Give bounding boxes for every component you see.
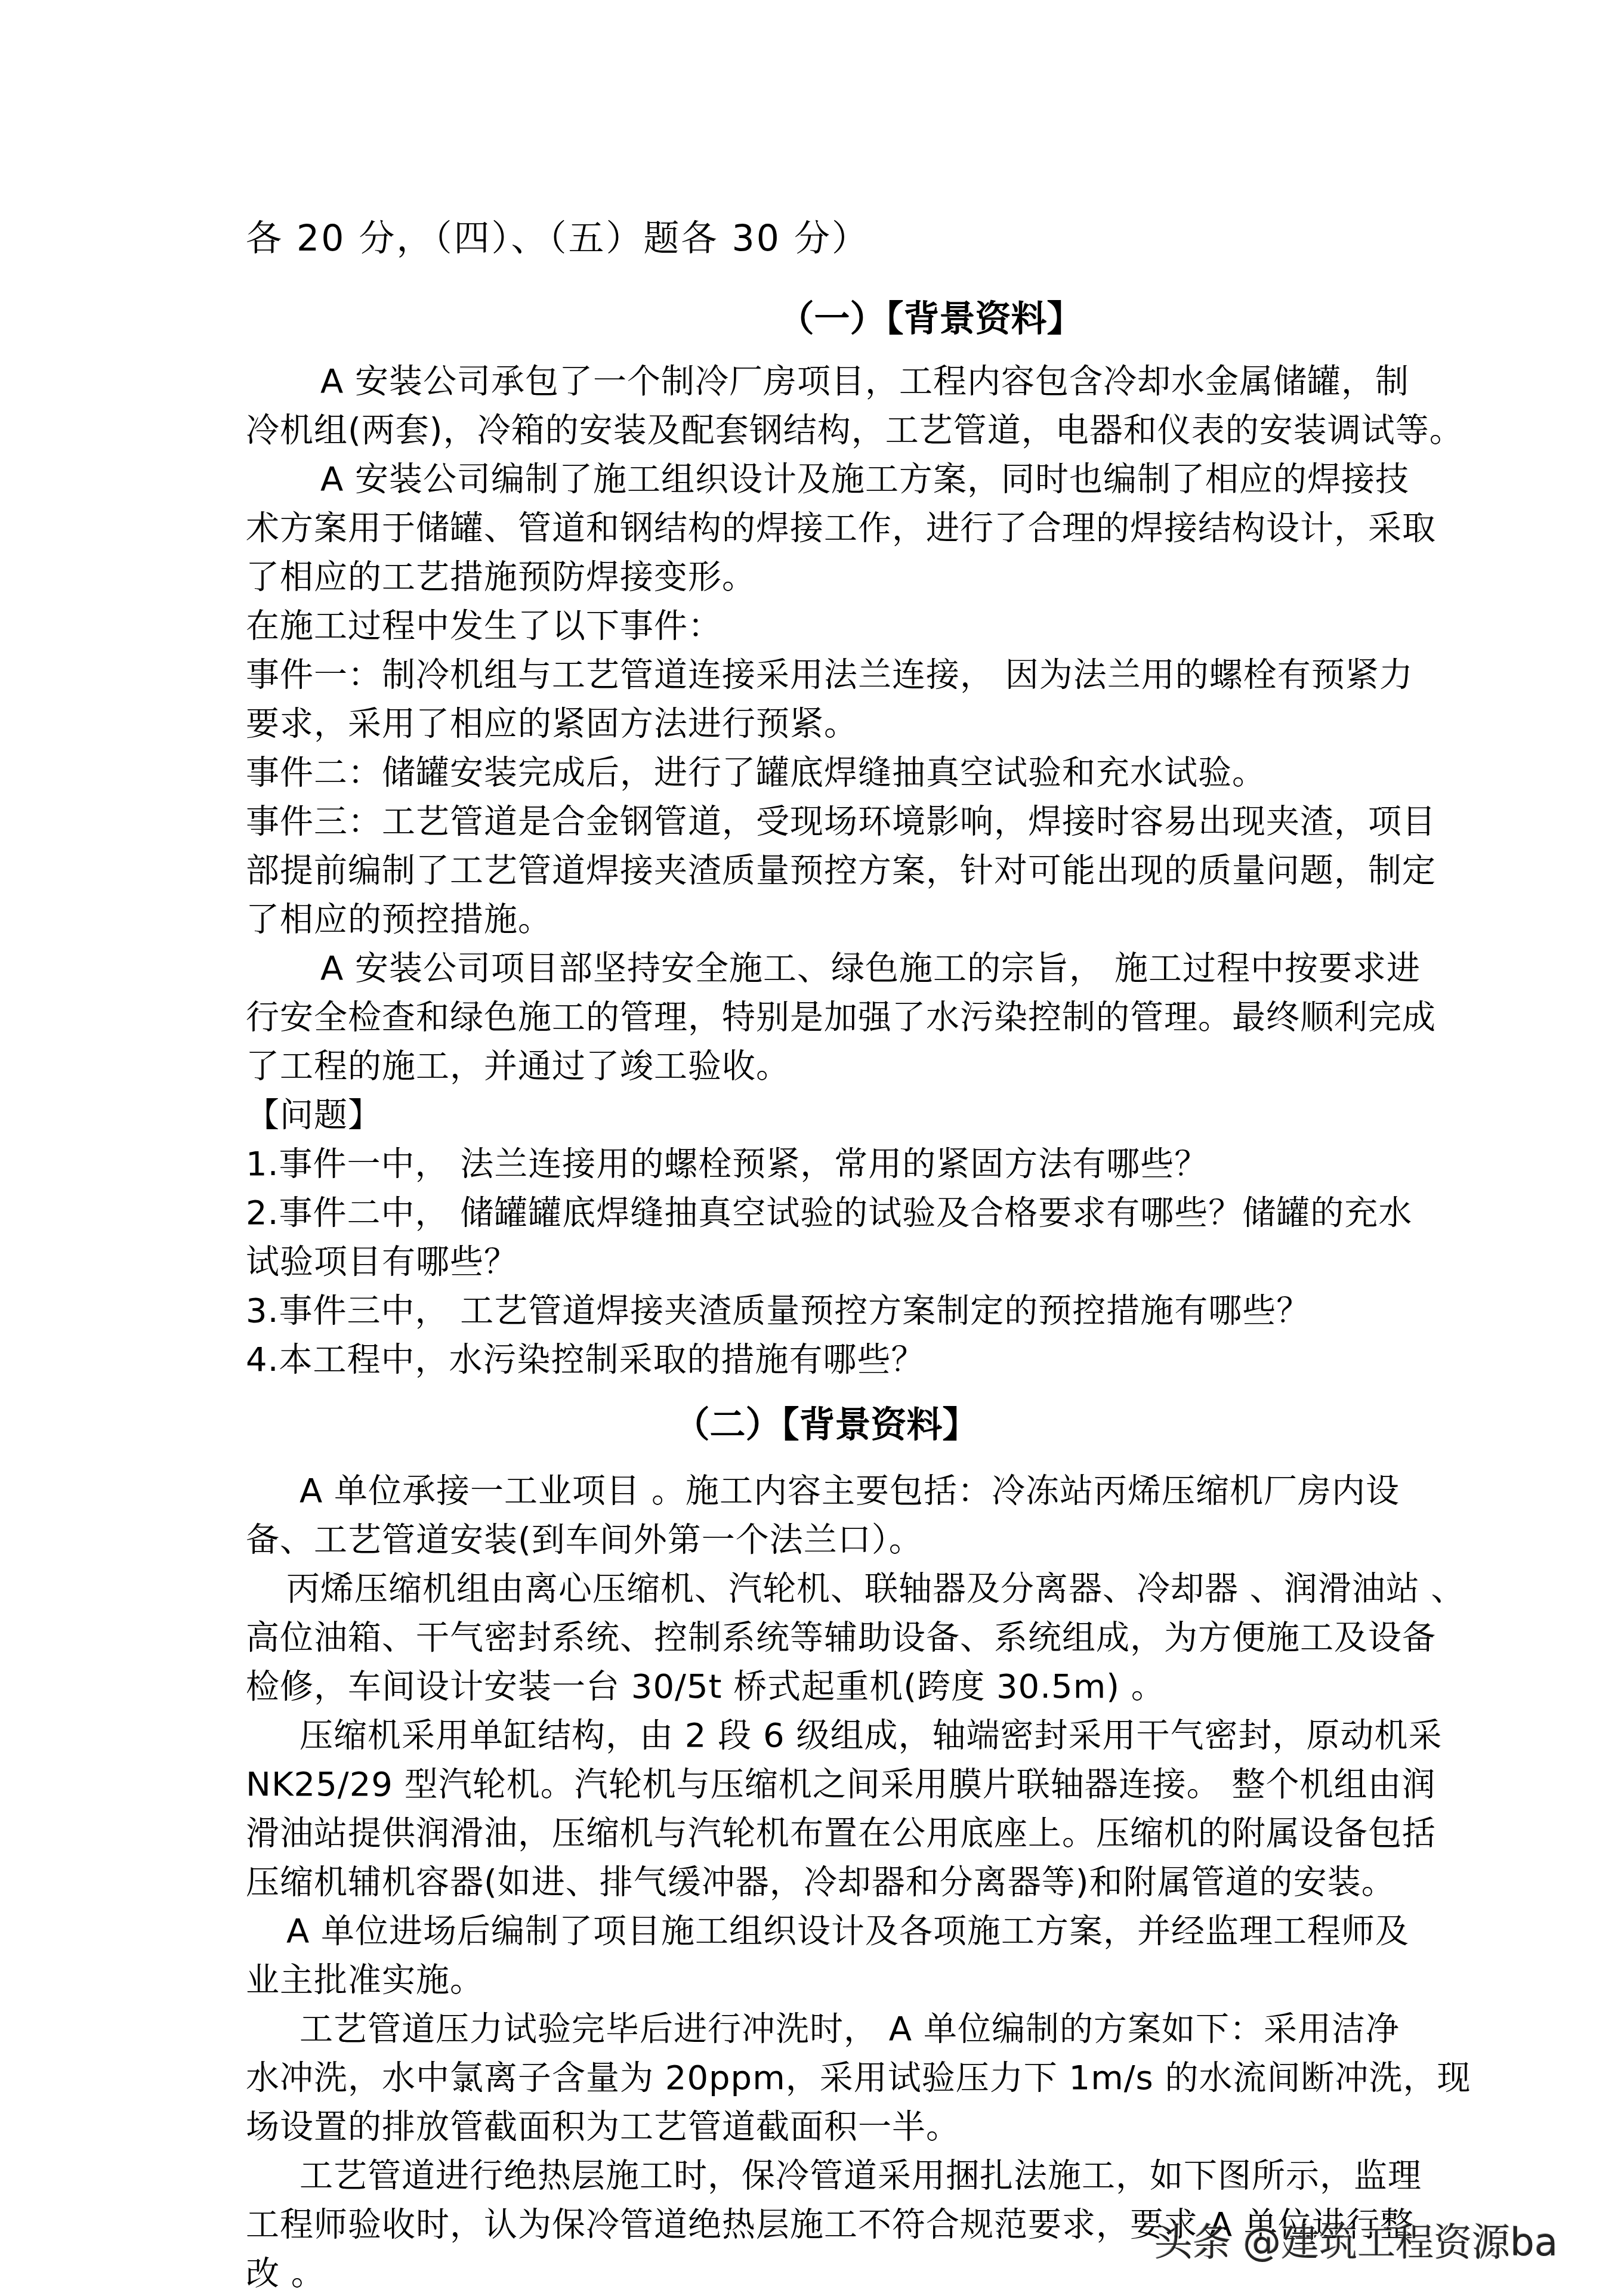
case1-background: A 安装公司承包了一个制冷厂房项目，工程内容包含冷却水金属储罐，制 冷机组(两套… bbox=[246, 357, 1388, 1091]
question-item: 2.事件二中， 储罐罐底焊缝抽真空试验的试验及合格要求有哪些？储罐的充水 bbox=[246, 1189, 1388, 1238]
score-line: 各 20 分，（四）、（五）题各 30 分） bbox=[246, 209, 1388, 268]
event-line: 部提前编制了工艺管道焊接夹渣质量预控方案，针对可能出现的质量问题，制定 bbox=[246, 846, 1388, 895]
paragraph-line: 了相应的工艺措施预防焊接变形。 bbox=[246, 553, 1388, 602]
event-line: 事件三：工艺管道是合金钢管道，受现场环境影响，焊接时容易出现夹渣，项目 bbox=[246, 798, 1388, 846]
case1-heading: （一）【背景资料】 bbox=[246, 289, 1388, 349]
paragraph-line: 冷机组(两套)，冷箱的安装及配套钢结构，工艺管道，电器和仪表的安装调试等。 bbox=[246, 406, 1388, 455]
event-line: 事件二：储罐安装完成后，进行了罐底焊缝抽真空试验和充水试验。 bbox=[246, 749, 1388, 798]
paragraph-line: 滑油站提供润滑油，压缩机与汽轮机布置在公用底座上。压缩机的附属设备包括 bbox=[246, 1809, 1388, 1858]
case2-heading: （二）【背景资料】 bbox=[246, 1395, 1388, 1455]
paragraph-line: 丙烯压缩机组由离心压缩机、汽轮机、联轴器及分离器、冷却器 、润滑油站 、 bbox=[246, 1565, 1388, 1614]
event-line: 要求，采用了相应的紧固方法进行预紧。 bbox=[246, 700, 1388, 749]
case1-questions: 【问题】 1.事件一中， 法兰连接用的螺栓预紧，常用的紧固方法有哪些？ 2.事件… bbox=[246, 1091, 1388, 1385]
question-item: 4.本工程中，水污染控制采取的措施有哪些？ bbox=[246, 1336, 1388, 1385]
paragraph-line: A 安装公司编制了施工组织设计及施工方案，同时也编制了相应的焊接技 bbox=[246, 455, 1388, 504]
paragraph-line: 工艺管道压力试验完毕后进行冲洗时， A 单位编制的方案如下：采用洁净 bbox=[246, 2005, 1388, 2054]
paragraph-line: 工艺管道进行绝热层施工时，保冷管道采用捆扎法施工，如下图所示，监理 bbox=[246, 2152, 1388, 2201]
questions-heading: 【问题】 bbox=[246, 1091, 1388, 1140]
question-item: 试验项目有哪些？ bbox=[246, 1238, 1388, 1287]
paragraph-line: 压缩机采用单缸结构，由 2 段 6 级组成，轴端密封采用干气密封，原动机采 bbox=[246, 1711, 1388, 1760]
paragraph-line: 高位油箱、干气密封系统、控制系统等辅助设备、系统组成，为方便施工及设备 bbox=[246, 1614, 1388, 1662]
paragraph-line: 在施工过程中发生了以下事件： bbox=[246, 602, 1388, 651]
paragraph-line: NK25/29 型汽轮机。汽轮机与压缩机之间采用膜片联轴器连接。 整个机组由润 bbox=[246, 1760, 1388, 1809]
paragraph-line: A 单位进场后编制了项目施工组织设计及各项施工方案，并经监理工程师及 bbox=[246, 1907, 1388, 1956]
case2-background: A 单位承接一工业项目 。施工内容主要包括：冷冻站丙烯压缩机厂房内设 备、工艺管… bbox=[246, 1467, 1388, 2296]
question-item: 3.事件三中， 工艺管道焊接夹渣质量预控方案制定的预控措施有哪些？ bbox=[246, 1287, 1388, 1336]
watermark: 头条 @建筑工程资源ba bbox=[1154, 2216, 1558, 2270]
paragraph-line: 业主批准实施。 bbox=[246, 1956, 1388, 2005]
paragraph-line: 压缩机辅机容器(如进、排气缓冲器，冷却器和分离器等)和附属管道的安装。 bbox=[246, 1858, 1388, 1907]
document-page: 各 20 分，（四）、（五）题各 30 分） （一）【背景资料】 A 安装公司承… bbox=[246, 209, 1388, 2296]
paragraph-line: 行安全检查和绿色施工的管理，特别是加强了水污染控制的管理。最终顺利完成 bbox=[246, 993, 1388, 1042]
event-line: 事件一：制冷机组与工艺管道连接采用法兰连接， 因为法兰用的螺栓有预紧力 bbox=[246, 651, 1388, 700]
paragraph-line: 了工程的施工，并通过了竣工验收。 bbox=[246, 1042, 1388, 1091]
paragraph-line: 备、工艺管道安装(到车间外第一个法兰口）。 bbox=[246, 1516, 1388, 1565]
paragraph-line: 水冲洗，水中氯离子含量为 20ppm，采用试验压力下 1m/s 的水流间断冲洗，… bbox=[246, 2054, 1388, 2103]
paragraph-line: A 安装公司承包了一个制冷厂房项目，工程内容包含冷却水金属储罐，制 bbox=[246, 357, 1388, 406]
paragraph-line: 术方案用于储罐、管道和钢结构的焊接工作，进行了合理的焊接结构设计，采取 bbox=[246, 504, 1388, 553]
paragraph-line: A 单位承接一工业项目 。施工内容主要包括：冷冻站丙烯压缩机厂房内设 bbox=[246, 1467, 1388, 1516]
question-item: 1.事件一中， 法兰连接用的螺栓预紧，常用的紧固方法有哪些？ bbox=[246, 1140, 1388, 1189]
paragraph-line: 检修，车间设计安装一台 30/5t 桥式起重机(跨度 30.5m) 。 bbox=[246, 1662, 1388, 1711]
paragraph-line: A 安装公司项目部坚持安全施工、绿色施工的宗旨， 施工过程中按要求进 bbox=[246, 944, 1388, 993]
event-line: 了相应的预控措施。 bbox=[246, 895, 1388, 944]
paragraph-line: 场设置的排放管截面积为工艺管道截面积一半。 bbox=[246, 2103, 1388, 2152]
